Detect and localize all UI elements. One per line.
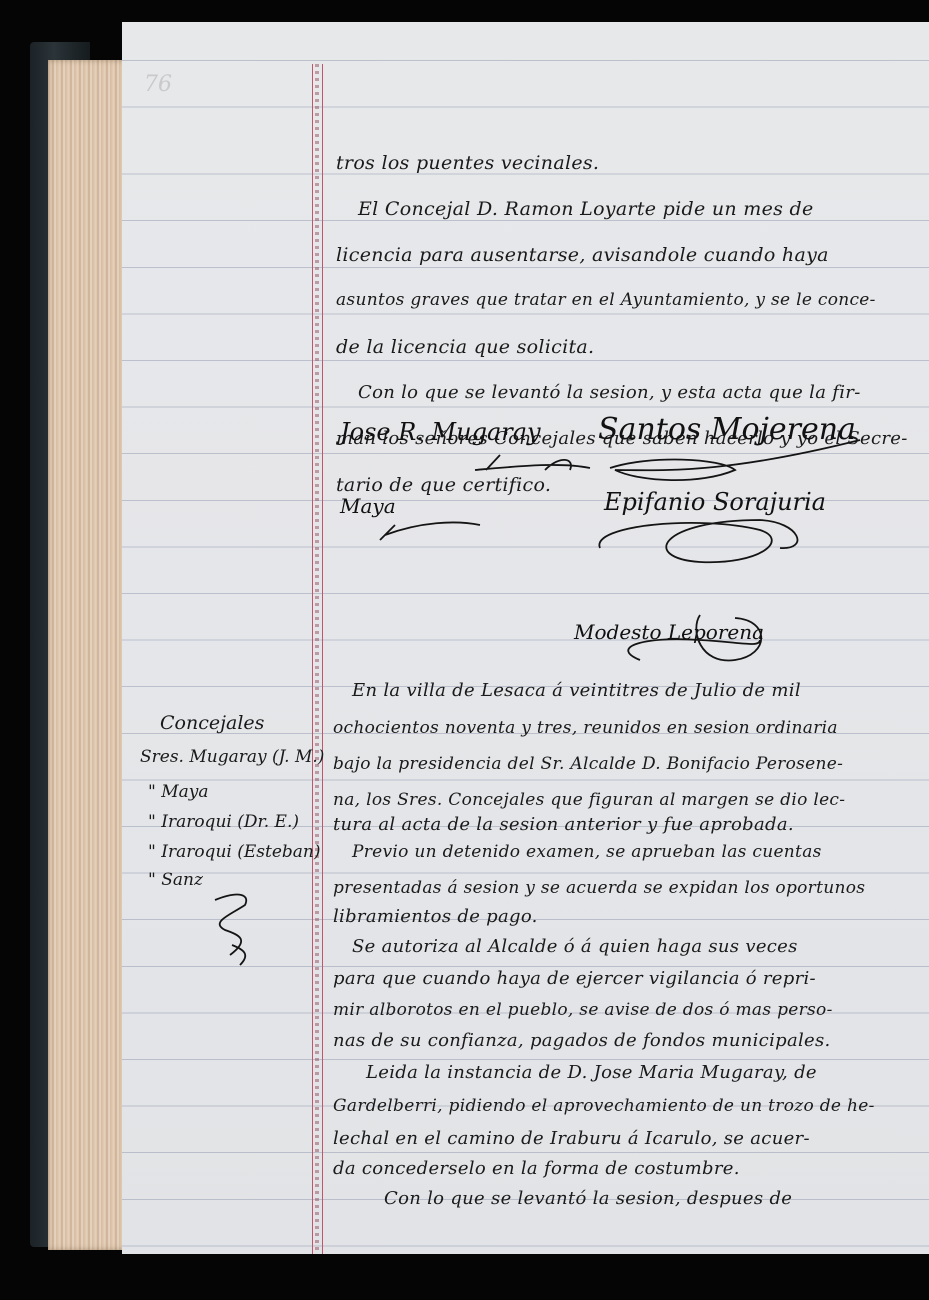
session-line: Gardelberri, pidiendo el aprovechamiento… (333, 1096, 875, 1116)
signature-maya: Maya (340, 494, 396, 518)
margin-entry: " Sanz (148, 870, 203, 890)
session-line: Previo un detenido examen, se aprueban l… (352, 842, 822, 862)
session-line: En la villa de Lesaca á veintitres de Ju… (352, 680, 801, 701)
session-line: Se autoriza al Alcalde ó á quien haga su… (352, 936, 798, 957)
session-line: lechal en el camino de Iraburu á Icarulo… (333, 1128, 810, 1149)
margin-entry: " Maya (148, 782, 209, 802)
session-line: presentadas á sesion y se acuerda se exp… (333, 878, 865, 898)
margin-entry: " Iraroqui (Esteban) (148, 842, 321, 862)
minutes-line: El Concejal D. Ramon Loyarte pide un mes… (358, 198, 814, 220)
minutes-line: tros los puentes vecinales. (336, 152, 599, 174)
session-line: nas de su confianza, pagados de fondos m… (333, 1030, 831, 1051)
minutes-line: tario de que certifico. (336, 474, 551, 496)
session-line: bajo la presidencia del Sr. Alcalde D. B… (333, 754, 843, 774)
minutes-line: Con lo que se levantó la sesion, y esta … (358, 382, 861, 403)
page-edges-stack (48, 60, 128, 1250)
session-line: para que cuando haya de ejercer vigilanc… (333, 968, 816, 989)
session-line: ochocientos noventa y tres, reunidos en … (333, 718, 838, 738)
minutes-line: de la licencia que solicita. (336, 336, 594, 358)
session-line: Con lo que se levantó la sesion, despues… (384, 1188, 792, 1209)
margin-heading: Concejales (160, 712, 264, 734)
margin-entry: Sres. Mugaray (J. M.) (140, 747, 324, 767)
minutes-line: licencia para ausentarse, avisandole cua… (336, 244, 829, 266)
signature-sorajuria: Epifanio Sorajuria (604, 488, 826, 516)
minutes-line: asuntos graves que tratar en el Ayuntami… (336, 290, 876, 310)
margin-rule (312, 64, 323, 1254)
signature-leporena: Modesto Leporena (574, 620, 764, 644)
session-line: tura al acta de la sesion anterior y fue… (333, 814, 794, 835)
session-line: libramientos de pago. (333, 906, 538, 927)
margin-entry: " Iraroqui (Dr. E.) (148, 812, 299, 832)
signature-mugaray: Jose R. Mugaray (340, 418, 541, 446)
session-line: Leida la instancia de D. Jose Maria Muga… (366, 1062, 817, 1083)
session-line: mir alborotos en el pueblo, se avise de … (333, 1000, 833, 1020)
signature-mojerena: Santos Mojerena (598, 412, 856, 447)
page-number: 76 (144, 72, 172, 97)
session-line: na, los Sres. Concejales que figuran al … (333, 790, 845, 810)
session-line: da concederselo en la forma de costumbre… (333, 1158, 740, 1179)
